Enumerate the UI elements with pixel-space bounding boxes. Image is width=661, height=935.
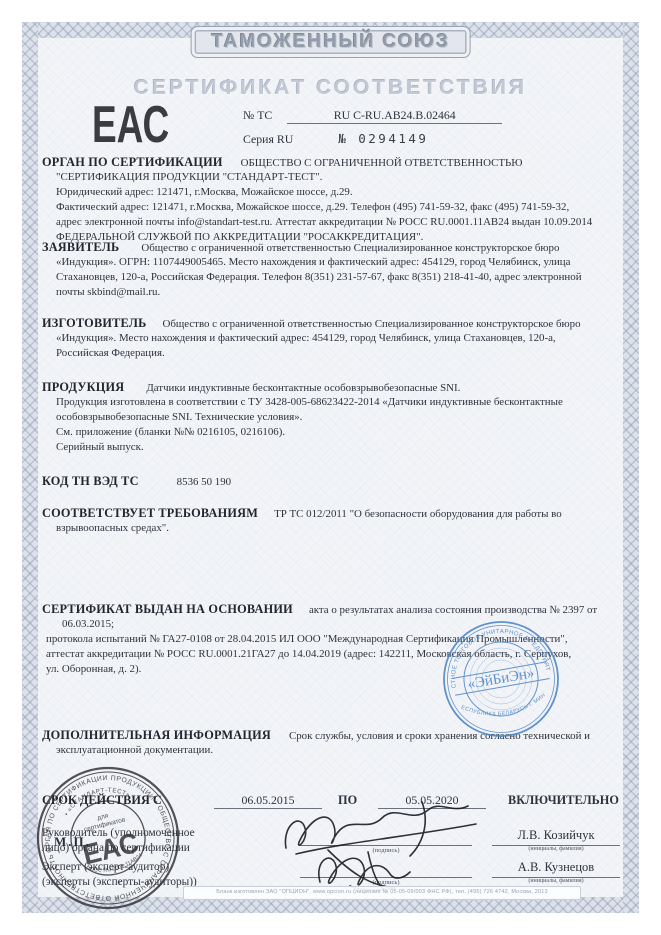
expert-signature-scribble [319, 850, 410, 890]
section-label: ОРГАН ПО СЕРТИФИКАЦИИ [42, 155, 223, 170]
section-label: ПРОДУКЦИЯ [42, 380, 124, 395]
expert-signatory-name: А.В. Кузнецов [492, 860, 620, 875]
section-tnved-code: КОД ТН ВЭД ТС 8536 50 190 [42, 474, 625, 489]
section-line: «Индукция». Место нахождения и фактическ… [42, 331, 625, 346]
section-label: СООТВЕТСТВУЕТ ТРЕБОВАНИЯМ [42, 506, 258, 521]
section-first-line: акта о результатах анализа состояния про… [309, 604, 597, 616]
section-line: «Индукция». ОГРН: 1107449005465. Место н… [42, 255, 625, 270]
section-label: ЗАЯВИТЕЛЬ [42, 240, 119, 255]
handwritten-signatures [272, 798, 497, 894]
blank-manufacturer-fine-print: Бланк изготовлен ЗАО "ОПЦИОН", www.opcio… [183, 886, 581, 900]
certification-body-stamp: ОРГАН ПО СЕРТИФИКАЦИИ ПРОДУКЦИИ • ОБЩЕСТ… [32, 762, 184, 914]
guilloche-border-right [623, 22, 639, 913]
section-line: Юридический адрес: 121471, г.Москва, Мож… [42, 185, 625, 200]
section-first-line: 8536 50 190 [177, 476, 231, 488]
stamp-inner-ring-text: • «СТАНДАРТ-ТЕСТ» • [59, 779, 137, 818]
section-compliance: СООТВЕТСТВУЕТ ТРЕБОВАНИЯМ ТР ТС 012/2011… [42, 506, 625, 536]
section-line: почты skbind@mail.ru. [42, 285, 625, 300]
section-first-line: Общество с ограниченной ответственностью… [141, 242, 559, 254]
abn-stamp: ЧАСТНОЕ ТОРГОВОЕ УНИТАРНОЕ ПРЕДПРИЯТИЕ Р… [438, 616, 564, 742]
section-line: взрывоопасных средах". [42, 521, 625, 536]
section-label: КОД ТН ВЭД ТС [42, 474, 139, 489]
section-line: Российская Федерация. [42, 346, 625, 361]
head-signature-scribble [285, 802, 476, 856]
eac-logo: ЕАС [92, 96, 169, 155]
head-signatory-name: Л.В. Козийчук [492, 828, 620, 843]
customs-union-banner: ТАМОЖЕННЫЙ СОЮЗ [190, 26, 471, 58]
cert-number-value: RU C-RU.АВ24.В.02464 [287, 108, 502, 124]
section-label: ИЗГОТОВИТЕЛЬ [42, 316, 146, 331]
section-line: эксплуатационной документации. [42, 743, 625, 758]
section-line: См. приложение (бланки №№ 0216105, 02161… [42, 425, 625, 440]
section-product: ПРОДУКЦИЯ Датчики индуктивные бесконтакт… [42, 380, 625, 455]
cert-series-label: Серия RU [243, 132, 293, 146]
expert-name-caption: (инициалы, фамилия) [492, 878, 620, 884]
section-line: адрес электронной почты info@standart-te… [42, 215, 625, 230]
validity-inclusive-label: ВКЛЮЧИТЕЛЬНО [508, 793, 619, 808]
section-line: Продукция изготовлена в соответствии с Т… [42, 395, 625, 410]
section-line: "СЕРТИФИКАЦИЯ ПРОДУКЦИИ "СТАНДАРТ-ТЕСТ". [42, 170, 625, 185]
cert-series-row: Серия RU № 0294149 [243, 131, 428, 147]
section-manufacturer: ИЗГОТОВИТЕЛЬ Общество с ограниченной отв… [42, 316, 625, 361]
section-first-line: Датчики индуктивные бесконтактные особов… [146, 382, 460, 394]
stamp-star: * [116, 878, 122, 889]
section-label: СЕРТИФИКАТ ВЫДАН НА ОСНОВАНИИ [42, 602, 293, 617]
section-first-line: ОБЩЕСТВО С ОГРАНИЧЕННОЙ ОТВЕТСТВЕННОСТЬЮ [241, 157, 523, 169]
cert-number-row: № ТС RU C-RU.АВ24.В.02464 [243, 108, 502, 124]
section-line: особовзрывобезопасные SNI. Технические у… [42, 410, 625, 425]
certificate-page: ТАМОЖЕННЫЙ СОЮЗ СЕРТИФИКАТ СООТВЕТСТВИЯ … [0, 0, 661, 935]
section-first-line: Общество с ограниченной ответственностью… [162, 318, 580, 330]
svg-text:• «СТАНДАРТ-ТЕСТ» •: • «СТАНДАРТ-ТЕСТ» • [59, 779, 137, 818]
section-line: Серийный выпуск. [42, 440, 625, 455]
head-name-caption: (инициалы, фамилия) [492, 846, 620, 852]
cert-number-label: № ТС [243, 108, 272, 122]
section-line: Фактический адрес: 121471, г.Москва, Мож… [42, 200, 625, 215]
section-certification-body: ОРГАН ПО СЕРТИФИКАЦИИ ОБЩЕСТВО С ОГРАНИЧ… [42, 155, 625, 245]
section-label: ДОПОЛНИТЕЛЬНАЯ ИНФОРМАЦИЯ [42, 728, 271, 743]
section-applicant: ЗАЯВИТЕЛЬ Общество с ограниченной ответс… [42, 240, 625, 300]
cert-series-value: № 0294149 [338, 131, 428, 146]
section-first-line: ТР ТС 012/2011 "О безопасности оборудова… [274, 508, 562, 520]
section-line: Стахановцев, 120-а, Российская Федерация… [42, 270, 625, 285]
